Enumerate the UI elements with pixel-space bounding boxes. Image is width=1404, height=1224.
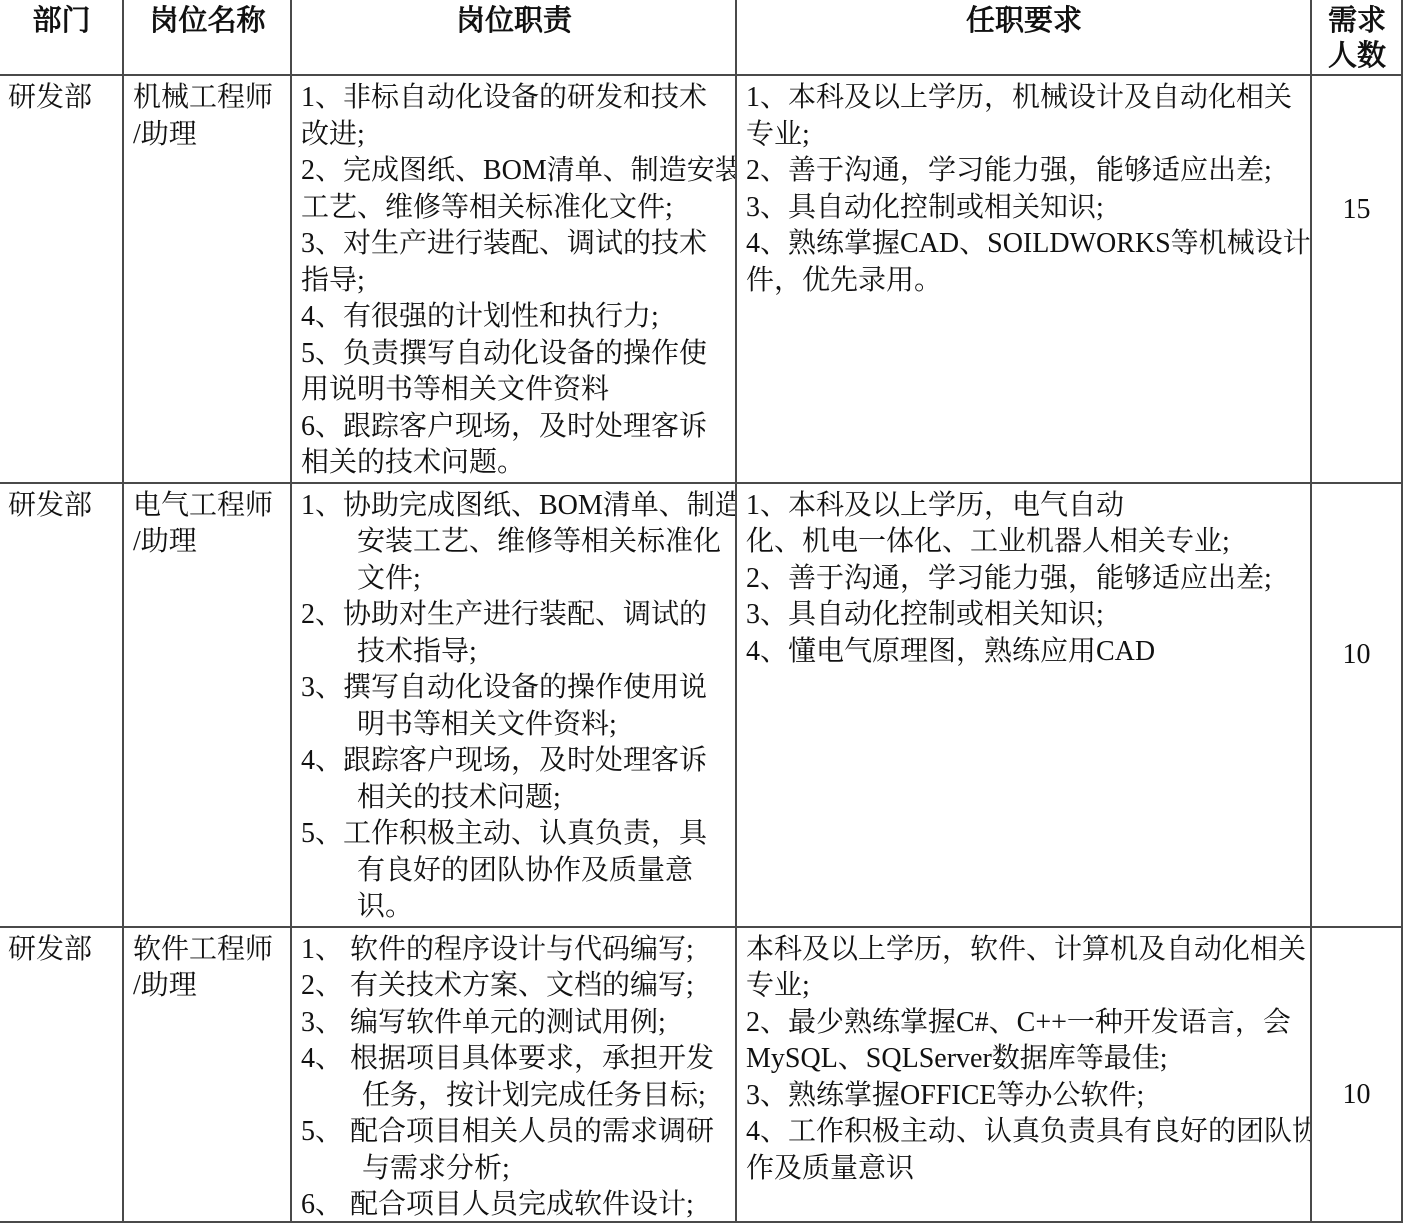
cell-duties: 1、协助完成图纸、BOM清单、制造 安装工艺、维修等相关标准化 文件; 2、协助… [291, 483, 736, 927]
headcount-value: 10 [1312, 484, 1401, 674]
text-line: 有良好的团队协作及质量意 [301, 853, 727, 890]
text-line: 3、对生产进行装配、调试的技术 [301, 226, 727, 263]
headcount-value: 10 [1312, 928, 1401, 1114]
header-duties: 岗位职责 [291, 0, 736, 75]
text-line: 工艺、维修等相关标准化文件; [301, 190, 727, 227]
department-text: 研发部 [8, 488, 114, 525]
cell-requirements: 1、本科及以上学历，机械设计及自动化相关 专业; 2、善于沟通，学习能力强，能够… [736, 75, 1311, 483]
text-line: 2、 有关技术方案、文档的编写; [301, 968, 727, 1005]
text-line: 5、 配合项目相关人员的需求调研 [301, 1114, 727, 1151]
cell-duties: 1、 软件的程序设计与代码编写; 2、 有关技术方案、文档的编写; 3、 编写软… [291, 927, 736, 1222]
text-line: 指导; [301, 263, 727, 300]
text-line: 识。 [301, 889, 727, 926]
header-headcount: 需求 人数 [1311, 0, 1402, 75]
text-line: 明书等相关文件资料; [301, 707, 727, 744]
text-line: 用说明书等相关文件资料 [301, 372, 727, 409]
cell-department: 研发部 [0, 483, 123, 927]
text-line: 3、撰写自动化设备的操作使用说 [301, 670, 727, 707]
text-line: 4、熟练掌握CAD、SOILDWORKS等机械设计软 [746, 226, 1302, 263]
text-line: 2、善于沟通，学习能力强，能够适应出差; [746, 561, 1302, 598]
text-line: 2、完成图纸、BOM清单、制造安装 [301, 153, 727, 190]
text-line: 1、 软件的程序设计与代码编写; [301, 932, 727, 969]
text-line: 文件; [301, 561, 727, 598]
header-department: 部门 [0, 0, 123, 75]
position-text: /助理 [133, 117, 282, 154]
text-line: 2、善于沟通，学习能力强，能够适应出差; [746, 153, 1302, 190]
text-line: 件，优先录用。 [746, 263, 1302, 300]
header-position: 岗位名称 [123, 0, 291, 75]
text-line: 3、熟练掌握OFFICE等办公软件; [746, 1078, 1302, 1115]
text-line: 技术指导; [301, 634, 727, 671]
text-line: 5、工作积极主动、认真负责，具 [301, 816, 727, 853]
recruitment-table: 部门 岗位名称 岗位职责 任职要求 需求 人数 研发部 机械工程师 /助理 1、… [0, 0, 1403, 1223]
text-line: 4、工作积极主动、认真负责具有良好的团队协 [746, 1114, 1302, 1151]
position-text: 机械工程师 [133, 80, 282, 117]
table-row-mechanical-engineer: 研发部 机械工程师 /助理 1、非标自动化设备的研发和技术 改进; 2、完成图纸… [0, 75, 1402, 483]
text-line: 相关的技术问题。 [301, 445, 727, 482]
table-row-software-engineer: 研发部 软件工程师 /助理 1、 软件的程序设计与代码编写; 2、 有关技术方案… [0, 927, 1402, 1222]
cell-position: 软件工程师 /助理 [123, 927, 291, 1222]
text-line: 专业; [746, 117, 1302, 154]
cell-duties: 1、非标自动化设备的研发和技术 改进; 2、完成图纸、BOM清单、制造安装 工艺… [291, 75, 736, 483]
text-line: 本科及以上学历，软件、计算机及自动化相关 [746, 932, 1302, 969]
text-line: 与需求分析; [301, 1151, 727, 1188]
department-text: 研发部 [8, 80, 114, 117]
cell-position: 电气工程师 /助理 [123, 483, 291, 927]
text-line: MySQL、SQLServer数据库等最佳; [746, 1041, 1302, 1078]
cell-headcount: 10 [1311, 483, 1402, 927]
text-line: 4、跟踪客户现场，及时处理客诉 [301, 743, 727, 780]
cell-department: 研发部 [0, 927, 123, 1222]
position-text: 电气工程师 [133, 488, 282, 525]
text-line: 任务，按计划完成任务目标; [301, 1078, 727, 1115]
header-headcount-line1: 需求 [1321, 4, 1393, 39]
cell-department: 研发部 [0, 75, 123, 483]
text-line: 3、具自动化控制或相关知识; [746, 597, 1302, 634]
text-line: 6、 配合项目人员完成软件设计; [301, 1187, 727, 1221]
text-line: 6、跟踪客户现场，及时处理客诉 [301, 409, 727, 446]
text-line: 4、 根据项目具体要求，承担开发 [301, 1041, 727, 1078]
text-line: 5、负责撰写自动化设备的操作使 [301, 336, 727, 373]
cell-requirements: 本科及以上学历，软件、计算机及自动化相关 专业; 2、最少熟练掌握C#、C++一… [736, 927, 1311, 1222]
text-line: 化、机电一体化、工业机器人相关专业; [746, 524, 1302, 561]
position-text: /助理 [133, 524, 282, 561]
text-line: 1、协助完成图纸、BOM清单、制造 [301, 488, 727, 525]
text-line: 3、具自动化控制或相关知识; [746, 190, 1302, 227]
text-line: 1、本科及以上学历，电气自动 [746, 488, 1302, 525]
header-requirements: 任职要求 [736, 0, 1311, 75]
text-line: 1、非标自动化设备的研发和技术 [301, 80, 727, 117]
headcount-value: 15 [1312, 76, 1401, 229]
cell-requirements: 1、本科及以上学历，电气自动 化、机电一体化、工业机器人相关专业; 2、善于沟通… [736, 483, 1311, 927]
cell-headcount: 10 [1311, 927, 1402, 1222]
position-text: 软件工程师 [133, 932, 282, 969]
header-row: 部门 岗位名称 岗位职责 任职要求 需求 人数 [0, 0, 1402, 75]
text-line: 3、 编写软件单元的测试用例; [301, 1005, 727, 1042]
text-line: 安装工艺、维修等相关标准化 [301, 524, 727, 561]
position-text: /助理 [133, 968, 282, 1005]
text-line: 改进; [301, 117, 727, 154]
text-line: 4、懂电气原理图，熟练应用CAD [746, 634, 1302, 671]
text-line: 相关的技术问题; [301, 780, 727, 817]
cell-position: 机械工程师 /助理 [123, 75, 291, 483]
text-line: 1、本科及以上学历，机械设计及自动化相关 [746, 80, 1302, 117]
department-text: 研发部 [8, 932, 114, 969]
text-line: 2、最少熟练掌握C#、C++一种开发语言，会 [746, 1005, 1302, 1042]
text-line: 作及质量意识 [746, 1151, 1302, 1188]
table-row-electrical-engineer: 研发部 电气工程师 /助理 1、协助完成图纸、BOM清单、制造 安装工艺、维修等… [0, 483, 1402, 927]
text-line: 专业; [746, 968, 1302, 1005]
header-headcount-line2: 人数 [1321, 39, 1393, 74]
cell-headcount: 15 [1311, 75, 1402, 483]
text-line: 2、协助对生产进行装配、调试的 [301, 597, 727, 634]
text-line: 4、有很强的计划性和执行力; [301, 299, 727, 336]
